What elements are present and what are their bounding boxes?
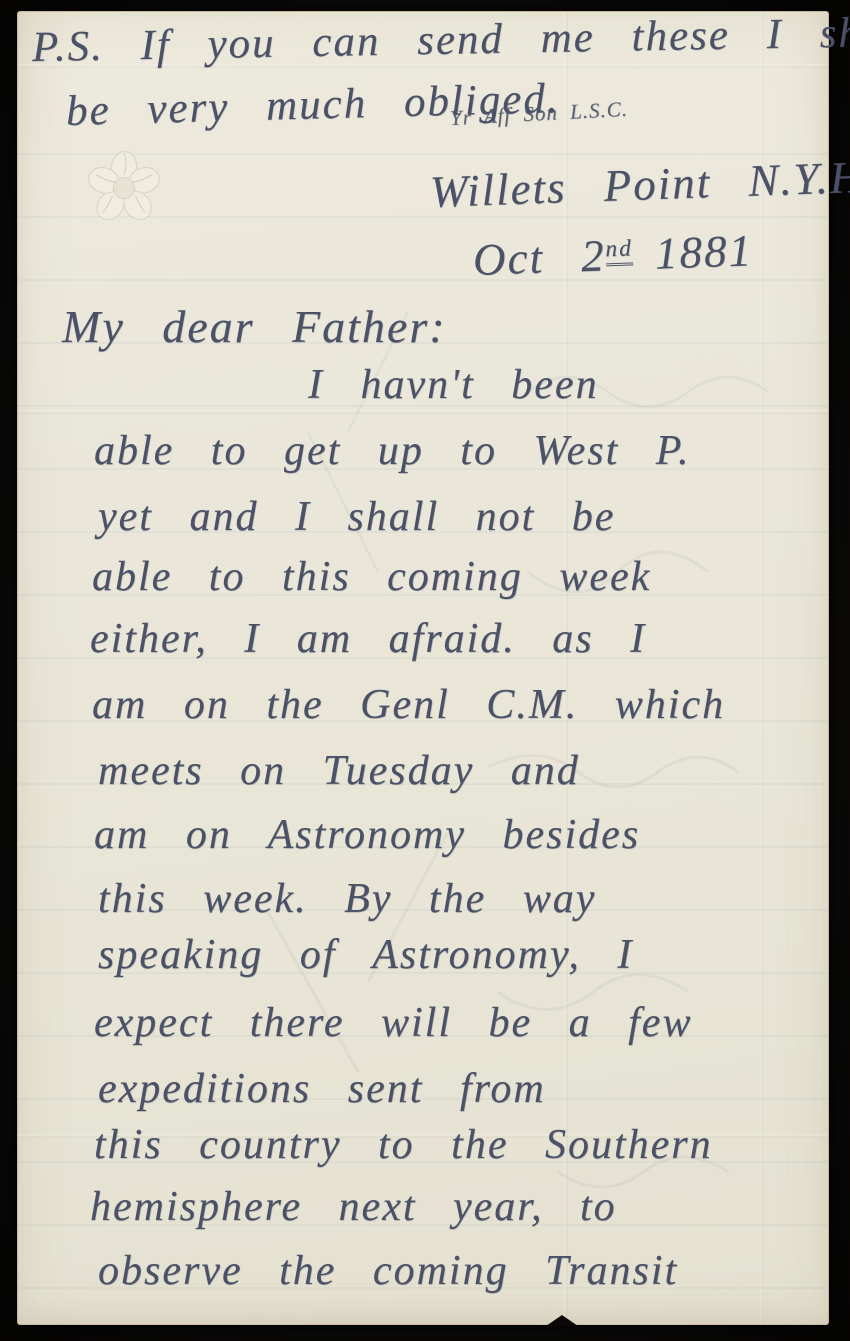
letter-scan-background: P.S. If you can send me these I shall be…	[0, 0, 850, 1341]
embossed-floral-seal-icon	[76, 140, 172, 236]
body-line: expeditions sent from	[98, 1068, 546, 1110]
body-line: I havn't been	[308, 364, 599, 406]
body-line: am on the Genl C.M. which	[92, 684, 725, 726]
fold-crease-vertical-right	[760, 12, 764, 1324]
body-line: this country to the Southern	[94, 1124, 713, 1166]
body-line: this week. By the way	[98, 878, 596, 920]
body-line: able to this coming week	[92, 556, 651, 598]
body-line: expect there will be a few	[94, 1002, 692, 1044]
body-line: meets on Tuesday and	[98, 750, 580, 792]
bottom-edge-notch	[546, 1315, 578, 1326]
date-ordinal: nd	[605, 235, 633, 266]
postscript-line-1: P.S. If you can send me these I shall	[32, 11, 850, 69]
body-line: able to get up to West P.	[94, 430, 691, 472]
salutation: My dear Father:	[62, 304, 447, 350]
body-line: hemisphere next year, to	[90, 1186, 617, 1228]
letter-page: P.S. If you can send me these I shall be…	[17, 11, 829, 1325]
body-line: speaking of Astronomy, I	[98, 934, 633, 976]
date-month-day: Oct 2	[472, 230, 606, 285]
body-line: observe the coming Transit	[98, 1250, 678, 1292]
body-line: either, I am afraid. as I	[90, 618, 646, 660]
body-line: am on Astronomy besides	[94, 814, 640, 856]
fold-crease-horizontal-middle	[18, 410, 828, 414]
body-line: yet and I shall not be	[98, 496, 615, 538]
letter-place-line: Willets Point N.Y.H.	[429, 154, 850, 215]
letter-date-line: Oct 2nd1881	[472, 228, 754, 283]
date-year: 1881	[632, 225, 754, 279]
